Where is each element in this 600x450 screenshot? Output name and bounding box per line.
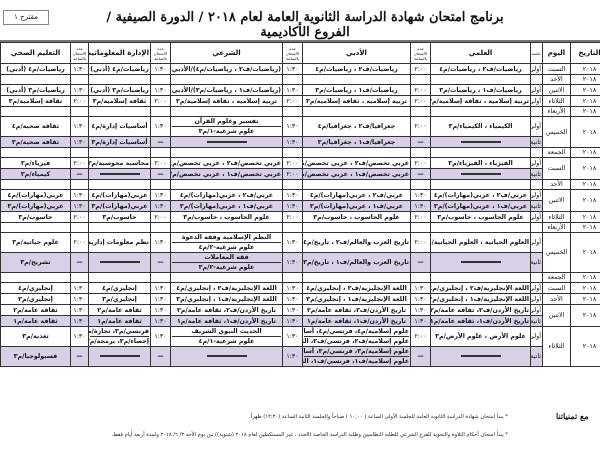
col-date: التاريخ xyxy=(571,43,600,64)
duration-cell: ١:٣٠ xyxy=(283,347,303,367)
health-education-subject: ثقافة صحية/م٤ xyxy=(1,117,71,137)
day-cell: الخميس xyxy=(543,117,571,148)
it-management-subject xyxy=(89,107,151,117)
session-cell: ثانية xyxy=(531,253,543,273)
date-cell: ٢٠١٨ xyxy=(571,96,600,107)
session-cell: أولى xyxy=(531,96,543,107)
it-management-subject: إنجليزي/م٤ xyxy=(89,283,151,294)
duration-cell: — xyxy=(71,169,89,180)
literary-subject-line1: علوم إسلامية/م٣، فرنسي/م٣، أساسيات إدارة… xyxy=(304,347,409,356)
it-management-subject xyxy=(89,253,151,273)
date-cell: ٢٠١٨ xyxy=(571,85,600,96)
sharia-subject: اللغة الإنجليزية/ف١ ، إنجليزي/م٣ xyxy=(171,294,283,305)
duration-cell: ١:٣٠ xyxy=(71,64,89,75)
duration-cell: ١:٣٠ xyxy=(151,327,171,347)
scientific-subject xyxy=(431,180,531,190)
duration-cell: ٢:٠٠ xyxy=(151,212,171,223)
it-management-subject: عربي(مهارات)/م٤ xyxy=(89,190,151,201)
health-education-subject xyxy=(1,75,71,85)
health-education-subject: عربي(مهارات)/م٤ xyxy=(1,190,71,201)
day-cell: الأحد xyxy=(543,294,571,305)
duration-cell: — xyxy=(71,347,89,367)
session-cell: أولى xyxy=(531,64,543,75)
duration-cell xyxy=(71,75,89,85)
scientific-subject xyxy=(431,273,531,283)
duration-cell: ١:٣٠ xyxy=(151,283,171,294)
col-duration: مدة الامتحان بالساعة xyxy=(151,43,171,64)
date-cell: ٢٠١٨ xyxy=(571,233,600,273)
duration-cell: ١:٣٠ xyxy=(151,201,171,212)
day-cell: الاثنين xyxy=(543,305,571,327)
date-cell: ٢٠١٨ xyxy=(571,305,600,327)
duration-cell: ١:٣٠ xyxy=(283,201,303,212)
scientific-subject xyxy=(431,169,531,180)
proposal-label: مقترح ١ xyxy=(3,10,49,25)
empty-line xyxy=(461,355,501,357)
session-cell: أولى xyxy=(531,305,543,316)
day-cell: الاثنين xyxy=(543,190,571,212)
it-management-subject: رياضيات/م٣ (أدبي) xyxy=(89,85,151,96)
date-cell: ٢٠١٨ xyxy=(571,117,600,148)
duration-cell: ١:٣٠ xyxy=(283,253,303,273)
col-session: جلسة xyxy=(531,43,543,64)
session-cell: أولى xyxy=(531,327,543,347)
duration-cell: ١:٣٠ xyxy=(283,294,303,305)
sharia-subject: تفسير وعلوم القرآنعلوم شرعية-١/م٣ xyxy=(171,117,283,137)
session-cell: ثانية xyxy=(531,137,543,148)
health-education-subject: كيمياء/م٣ xyxy=(1,169,71,180)
footer-note-1: * يبدأ امتحان شهادة الدراسة الثانوية الع… xyxy=(249,414,508,420)
it-management-subject: فرنسي/م٣، تجارة/م٣إحصاء/م٣، برمجة/م٣ xyxy=(89,327,151,347)
sharia-subject xyxy=(171,223,283,233)
session-cell: أولى xyxy=(531,212,543,223)
day-cell: الثلاثاء xyxy=(543,327,571,367)
duration-cell: ٢:٠٠ xyxy=(283,169,303,180)
duration-cell: ١:٣٠ xyxy=(283,137,303,148)
duration-cell: ١:٣٠ xyxy=(151,190,171,201)
sharia-subject: عربي/ف١ ، عربي(مهارات)/م٣ xyxy=(171,201,283,212)
date-cell: ٢٠١٨ xyxy=(571,327,600,367)
literary-subject-line2: علوم إسلامية/ف٢، فرنسي/ف٢، الثقافة المال… xyxy=(304,336,409,346)
sharia-subject: الحديث النبوي الشريفعلوم شرعية-١/م٤ xyxy=(171,327,283,347)
table-row: ثانيةعربي/ف١ ، عربي(مهارات)/م٣١:٣٠عربي/ف… xyxy=(1,201,600,212)
duration-cell: ٢:٠٠ xyxy=(71,212,89,223)
literary-subject-line1: علوم إسلامية/م٤، فرنسي/م٤، أساسيات إدارة… xyxy=(304,327,409,336)
day-cell: الأحد xyxy=(543,180,571,190)
sharia-subject-line1: فقه المعاملات xyxy=(172,253,281,262)
it-management-subject-line1: فرنسي/م٣، تجارة/م٣ xyxy=(90,327,149,336)
col-day: اليوم xyxy=(543,43,571,64)
empty-line xyxy=(100,355,140,357)
scientific-subject: علوم الحاسوب ، حاسوب/م٣ xyxy=(431,212,531,223)
session-cell: أولى xyxy=(531,233,543,253)
session-cell xyxy=(531,223,543,233)
duration-cell: ٢:٠٠ xyxy=(411,85,431,96)
duration-cell: ١:٣٠ xyxy=(151,64,171,75)
duration-cell xyxy=(283,75,303,85)
scientific-subject xyxy=(431,223,531,233)
col-literary: الأدبي xyxy=(303,43,411,64)
session-cell: أولى xyxy=(531,294,543,305)
session-cell xyxy=(531,180,543,190)
it-management-subject: إنجليزي/م٣ xyxy=(89,294,151,305)
sharia-subject-line1: النظم الإسلامية وفقه الدعوة xyxy=(172,233,281,242)
duration-cell xyxy=(151,180,171,190)
session-cell: أولى xyxy=(531,190,543,201)
empty-line xyxy=(461,173,501,175)
duration-cell xyxy=(411,273,431,283)
duration-cell xyxy=(283,223,303,233)
duration-cell xyxy=(411,75,431,85)
table-row: ٢٠١٨الخميسأولىالعلوم الحياتية ، العلوم ا… xyxy=(1,233,600,253)
duration-cell: ١:٣٠ xyxy=(151,294,171,305)
health-education-subject xyxy=(1,180,71,190)
duration-cell: ١:٣٠ xyxy=(283,190,303,201)
date-cell: ٢٠١٨ xyxy=(571,283,600,294)
scientific-subject: العلوم الحياتية ، العلوم الحياتية/م٣ xyxy=(431,233,531,253)
health-education-subject: إنجليزي/م٤ xyxy=(1,283,71,294)
col-duration: مدة الامتحان بالساعة xyxy=(283,43,303,64)
sharia-subject: (رياضيات/ف٢ ، رياضيات/م٤)/الأدبي xyxy=(171,64,283,75)
duration-cell: — xyxy=(151,347,171,367)
col-duration: مدة الامتحان بالساعة xyxy=(71,43,89,64)
table-row: ٢٠١٨الاثنينأولىرياضيات/ف١ ، رياضيات/م٣٢:… xyxy=(1,85,600,96)
table-row: ٢٠١٨الأحد xyxy=(1,180,600,190)
session-cell xyxy=(531,148,543,158)
literary-subject: جغرافيا/ف١ ، جغرافيا/م٣ xyxy=(303,137,411,148)
duration-cell: ١:٣٠ xyxy=(71,201,89,212)
date-cell: ٢٠١٨ xyxy=(571,75,600,85)
literary-subject: جغرافيا/ف٢ ، جغرافيا/م٤ xyxy=(303,117,411,137)
table-row: ثانية—جغرافيا/ف١ ، جغرافيا/م٣١:٣٠—أساسيا… xyxy=(1,137,600,148)
day-cell: الجمعة xyxy=(543,273,571,283)
duration-cell: ٢:٠٠ xyxy=(151,158,171,169)
literary-subject: تاريخ الأردن/ف٢، ثقافة عامة/م٢ xyxy=(303,305,411,316)
day-cell: الأربعاء xyxy=(543,107,571,117)
duration-cell xyxy=(283,148,303,158)
empty-line xyxy=(100,261,140,263)
health-education-subject xyxy=(1,273,71,283)
table-row: ٢٠١٨الأربعاء xyxy=(1,223,600,233)
session-cell: أولى xyxy=(531,85,543,96)
literary-subject xyxy=(303,273,411,283)
table-row: ٢٠١٨الثلاثاءأولىعلوم الحاسوب ، حاسوب/م٣٢… xyxy=(1,212,600,223)
scientific-subject: عربي/ف٢ ، عربي(مهارات)/م٤ xyxy=(431,190,531,201)
scientific-subject: الكيمياء ، الكيمياء/م٣ xyxy=(431,117,531,137)
scientific-subject xyxy=(431,75,531,85)
duration-cell: ١:٣٠ xyxy=(411,294,431,305)
it-management-subject xyxy=(89,347,151,367)
scientific-subject xyxy=(431,107,531,117)
health-education-subject: ثقافة إسلامية/م٣ xyxy=(1,96,71,107)
health-education-subject: علوم حياتية/م٣ xyxy=(1,233,71,253)
duration-cell xyxy=(283,180,303,190)
day-cell: الأربعاء xyxy=(543,223,571,233)
date-cell: ٢٠١٨ xyxy=(571,223,600,233)
sharia-subject-line2: علوم شرعية-١/م٤ xyxy=(172,336,281,346)
sharia-subject xyxy=(171,107,283,117)
duration-cell xyxy=(283,273,303,283)
sharia-subject-line2: علوم شرعية-٢/م٤ xyxy=(172,242,281,252)
literary-subject: اللغة الإنجليزية/ف١ ، إنجليزي/م٣ xyxy=(303,294,411,305)
table-row: ٢٠١٨السبتأولىاللغة الإنجليزية/ف٢ ، إنجلي… xyxy=(1,283,600,294)
date-cell: ٢٠١٨ xyxy=(571,64,600,75)
col-health-education: التعليم الصحي xyxy=(1,43,71,64)
duration-cell: — xyxy=(411,253,431,273)
scientific-subject xyxy=(431,148,531,158)
session-cell: أولى xyxy=(531,158,543,169)
it-management-subject: حاسوب/م٣ xyxy=(89,212,151,223)
duration-cell: ١:٣٠ xyxy=(283,305,303,316)
literary-subject: عربي/ف٢ ، عربي(مهارات)/م٤ xyxy=(303,190,411,201)
sharia-subject: تاريخ الأردن/ف١، ثقافة عامة/م١ xyxy=(171,316,283,327)
day-cell: الثلاثاء xyxy=(543,96,571,107)
date-cell: ٢٠١٨ xyxy=(571,273,600,283)
duration-cell: ٢:٠٠ xyxy=(71,233,89,253)
empty-line xyxy=(207,141,247,143)
duration-cell xyxy=(71,223,89,233)
empty-line xyxy=(207,355,247,357)
health-education-subject: إنجليزي/م٣ xyxy=(1,294,71,305)
scientific-subject: عربي/ف١ ، عربي(مهارات)/م٣ xyxy=(431,201,531,212)
table-row: ٢٠١٨الثلاثاءأولىتربية إسلامية ، ثقافة إس… xyxy=(1,96,600,107)
date-cell: ٢٠١٨ xyxy=(571,212,600,223)
duration-cell: — xyxy=(151,253,171,273)
duration-cell xyxy=(71,180,89,190)
sharia-subject-line1: تفسير وعلوم القرآن xyxy=(172,117,281,126)
col-duration: مدة الامتحان بالساعة xyxy=(411,43,431,64)
scientific-subject: الفيزياء ، الفيزياء/م٣ xyxy=(431,158,531,169)
literary-subject: تاريخ الأردن/ف١، ثقافة عامة/م١ xyxy=(303,316,411,327)
sharia-subject-line1: الحديث النبوي الشريف xyxy=(172,327,281,336)
date-cell: ٢٠١٨ xyxy=(571,180,600,190)
literary-subject xyxy=(303,223,411,233)
table-row: ٢٠١٨السبتأولىرياضيات/ف٢ ، رياضيات/م٤٢:٠٠… xyxy=(1,64,600,75)
sharia-subject: عربي تخصص/ف١ ، عربي تخصص/م٣ xyxy=(171,169,283,180)
it-management-subject xyxy=(89,169,151,180)
duration-cell xyxy=(411,180,431,190)
duration-cell: ١:٣٠ xyxy=(151,305,171,316)
duration-cell xyxy=(71,273,89,283)
col-scientific: العلمي xyxy=(431,43,531,64)
session-cell xyxy=(531,75,543,85)
health-education-subject xyxy=(1,223,71,233)
it-management-subject: أساسيات إدارة/م٤ xyxy=(89,117,151,137)
it-management-subject xyxy=(89,180,151,190)
duration-cell: ١:٣٠ xyxy=(411,305,431,316)
it-management-subject xyxy=(89,148,151,158)
duration-cell: ١:٣٠ xyxy=(151,117,171,137)
duration-cell: ١:٣٠ xyxy=(283,316,303,327)
session-cell: أولى xyxy=(531,117,543,137)
duration-cell xyxy=(151,148,171,158)
day-cell: السبت xyxy=(543,158,571,180)
literary-subject: عربي تخصص/ف٢ ، عربي تخصص/م٤ xyxy=(303,158,411,169)
duration-cell: — xyxy=(71,253,89,273)
it-management-subject xyxy=(89,75,151,85)
sharia-subject: عربي/ف٢ ، عربي(مهارات)/م٤ xyxy=(171,190,283,201)
sharia-subject: اللغة الإنجليزية/ف٢ ، إنجليزي/م٤ xyxy=(171,283,283,294)
header-row: التاريخ اليوم جلسة العلمي مدة الامتحان ب… xyxy=(1,43,600,64)
session-cell: ثانية xyxy=(531,201,543,212)
health-education-subject: فيزياء/م٣ xyxy=(1,158,71,169)
duration-cell: ١:٣٠ xyxy=(151,316,171,327)
duration-cell: ٢:٠٠ xyxy=(411,117,431,137)
literary-subject: رياضيات/ف٢ ، رياضيات/م٤ xyxy=(303,64,411,75)
date-cell: ٢٠١٨ xyxy=(571,158,600,180)
literary-subject xyxy=(303,75,411,85)
sharia-subject: علوم الحاسوب ، حاسوب/م٣ xyxy=(171,212,283,223)
scientific-subject: رياضيات/ف٢ ، رياضيات/م٤ xyxy=(431,64,531,75)
literary-subject: علوم إسلامية/م٣، فرنسي/م٣، أساسيات إدارة… xyxy=(303,347,411,367)
table-row: ٢٠١٨الاثنينأولىتاريخ الأردن/ف٢، ثقافة عا… xyxy=(1,305,600,316)
session-cell: أولى xyxy=(531,283,543,294)
duration-cell xyxy=(71,148,89,158)
duration-cell xyxy=(283,107,303,117)
duration-cell xyxy=(411,107,431,117)
session-cell xyxy=(531,273,543,283)
session-cell: ثانية xyxy=(531,316,543,327)
health-education-subject: تغذية/م٣ xyxy=(1,327,71,347)
table-row: ٢٠١٨الأحد xyxy=(1,75,600,85)
duration-cell: — xyxy=(151,169,171,180)
duration-cell: ٢:٠٠ xyxy=(283,212,303,223)
duration-cell: ١:٣٠ xyxy=(71,190,89,201)
duration-cell: ٢:٠٠ xyxy=(411,327,431,347)
duration-cell: — xyxy=(151,137,171,148)
literary-subject: رياضيات/ف١ ، رياضيات/م٣ xyxy=(303,85,411,96)
literary-subject xyxy=(303,180,411,190)
duration-cell: ١:٣٠ xyxy=(283,327,303,347)
literary-subject: تربية إسلامية ، ثقافة إسلامية/م٣ xyxy=(303,96,411,107)
day-cell: الثلاثاء xyxy=(543,212,571,223)
scientific-subject xyxy=(431,347,531,367)
health-education-subject: ثقافة عامة/م٢ xyxy=(1,305,71,316)
sharia-subject xyxy=(171,180,283,190)
sharia-subject: النظم الإسلامية وفقه الدعوةعلوم شرعية-٢/… xyxy=(171,233,283,253)
scientific-subject xyxy=(431,253,531,273)
duration-cell xyxy=(71,107,89,117)
it-management-subject: محاسبة محوسبة/م٣ xyxy=(89,158,151,169)
duration-cell: ١:٣٠ xyxy=(411,201,431,212)
exam-schedule-table: التاريخ اليوم جلسة العلمي مدة الامتحان ب… xyxy=(0,42,600,367)
literary-subject-line2: علوم إسلامية/ف١، فرنسي/ف١، الثقافة المال… xyxy=(304,356,409,366)
duration-cell: ٢:٠٠ xyxy=(71,96,89,107)
duration-cell xyxy=(151,223,171,233)
duration-cell: ٢:٠٠ xyxy=(283,158,303,169)
session-cell: ثانية xyxy=(531,169,543,180)
signature: مع تمنياتنا xyxy=(556,411,589,421)
duration-cell: ١:٣٠ xyxy=(151,85,171,96)
duration-cell: ١:٣٠ xyxy=(411,283,431,294)
day-cell: السبت xyxy=(543,64,571,75)
scientific-subject: علوم الأرض ، علوم الأرض/م٣ xyxy=(431,327,531,347)
scientific-subject xyxy=(431,137,531,148)
duration-cell: ٢:٠٠ xyxy=(411,158,431,169)
sharia-subject: فقه المعاملاتعلوم شرعية-٢/م٣ xyxy=(171,253,283,273)
duration-cell: ١:٣٠ xyxy=(283,233,303,253)
scientific-subject: تاريخ الأردن/ف١، ثقافة عامة/م١ xyxy=(431,316,531,327)
health-education-subject xyxy=(1,148,71,158)
literary-subject: تاريخ العرب والعالم/ف١ ، تاريخ/م٣ xyxy=(303,253,411,273)
sharia-subject: تربية إسلامية ، ثقافة إسلامية/م٣ xyxy=(171,96,283,107)
duration-cell: ١:٣٠ xyxy=(411,316,431,327)
duration-cell: ١:٣٠ xyxy=(71,85,89,96)
empty-line xyxy=(461,261,501,263)
table-row: ثانيةتاريخ الأردن/ف١، ثقافة عامة/م١١:٣٠ت… xyxy=(1,316,600,327)
table-row: ثانية—تاريخ العرب والعالم/ف١ ، تاريخ/م٣١… xyxy=(1,253,600,273)
literary-subject xyxy=(303,148,411,158)
health-education-subject: عربي(مهارات)/م٣ xyxy=(1,201,71,212)
scientific-subject: اللغة الإنجليزية/ف٢ ، إنجليزي/م٤ xyxy=(431,283,531,294)
duration-cell: ١:٣٠ xyxy=(283,64,303,75)
duration-cell: ٢:٠٠ xyxy=(411,96,431,107)
health-education-subject: فسيولوجيا/م٣ xyxy=(1,347,71,367)
scientific-subject: رياضيات/ف١ ، رياضيات/م٣ xyxy=(431,85,531,96)
duration-cell xyxy=(151,75,171,85)
sharia-subject xyxy=(171,347,283,367)
sharia-subject xyxy=(171,273,283,283)
date-cell: ٢٠١٨ xyxy=(571,107,600,117)
health-education-subject: تشريح/م٣ xyxy=(1,253,71,273)
sharia-subject: تاريخ الأردن/ف٢، ثقافة عامة/م٢ xyxy=(171,305,283,316)
table-row: ٢٠١٨الأحدأولىاللغة الإنجليزية/ف١ ، إنجلي… xyxy=(1,294,600,305)
duration-cell: ١:٣٠ xyxy=(71,294,89,305)
sharia-subject xyxy=(171,137,283,148)
sharia-subject-line2: علوم شرعية-٢/م٣ xyxy=(172,262,281,272)
literary-subject: تاريخ العرب والعالم/ف٢ ، تاريخ/م٤ xyxy=(303,233,411,253)
it-management-subject: ثقافة عامة/م٢ xyxy=(89,305,151,316)
duration-cell: ١:٣٠ xyxy=(411,190,431,201)
duration-cell: ١:٣٠ xyxy=(283,85,303,96)
duration-cell: ١:٣٠ xyxy=(283,117,303,137)
page-title: برنامج امتحان شهادة الدراسة الثانوية الع… xyxy=(95,10,515,40)
date-cell: ٢٠١٨ xyxy=(571,190,600,212)
day-cell: الأحد xyxy=(543,75,571,85)
health-education-subject: حاسوب/م٣ xyxy=(1,212,71,223)
session-cell xyxy=(531,107,543,117)
health-education-subject: رياضيات/م٤ (أدبي) xyxy=(1,64,71,75)
scientific-subject: اللغة الإنجليزية/ف١ ، إنجليزي/م٣ xyxy=(431,294,531,305)
duration-cell: ٢:٠٠ xyxy=(151,96,171,107)
duration-cell: ١:٣٠ xyxy=(151,233,171,253)
table-row: ٢٠١٨الجمعة xyxy=(1,148,600,158)
footer-note-2: * يبدأ امتحان أحكام التلاوة والتجويد للف… xyxy=(111,432,508,438)
it-management-subject: عربي(مهارات)/م٣ xyxy=(89,201,151,212)
table-row: ٢٠١٨الثلاثاءأولىعلوم الأرض ، علوم الأرض/… xyxy=(1,327,600,347)
literary-subject: اللغة الإنجليزية/ف٢ ، إنجليزي/م٤ xyxy=(303,283,411,294)
table-row: ٢٠١٨الخميسأولىالكيمياء ، الكيمياء/م٣٢:٠٠… xyxy=(1,117,600,137)
literary-subject: عربي/ف١ ، عربي(مهارات)/م٣ xyxy=(303,201,411,212)
duration-cell: ١:٣٠ xyxy=(71,283,89,294)
table-row: ثانية—علوم إسلامية/م٣، فرنسي/م٣، أساسيات… xyxy=(1,347,600,367)
table-row: ٢٠١٨السبتأولىالفيزياء ، الفيزياء/م٣٢:٠٠ع… xyxy=(1,158,600,169)
duration-cell xyxy=(151,107,171,117)
duration-cell: ٢:٠٠ xyxy=(411,212,431,223)
duration-cell: ٢:٠٠ xyxy=(411,233,431,253)
day-cell: الجمعة xyxy=(543,148,571,158)
it-management-subject-line2: إحصاء/م٣، برمجة/م٣ xyxy=(90,336,149,346)
duration-cell: — xyxy=(411,137,431,148)
sharia-subject-line2: علوم شرعية-١/م٣ xyxy=(172,126,281,136)
session-cell: ثانية xyxy=(531,347,543,367)
duration-cell: ٢:٠٠ xyxy=(71,158,89,169)
it-management-subject: أساسيات إدارة/م٣ xyxy=(89,137,151,148)
day-cell: السبت xyxy=(543,283,571,294)
duration-cell: ١:٣٠ xyxy=(71,316,89,327)
it-management-subject: ثقافة إسلامية/م٣ xyxy=(89,96,151,107)
health-education-subject: ثقافة عامة/م١ xyxy=(1,316,71,327)
